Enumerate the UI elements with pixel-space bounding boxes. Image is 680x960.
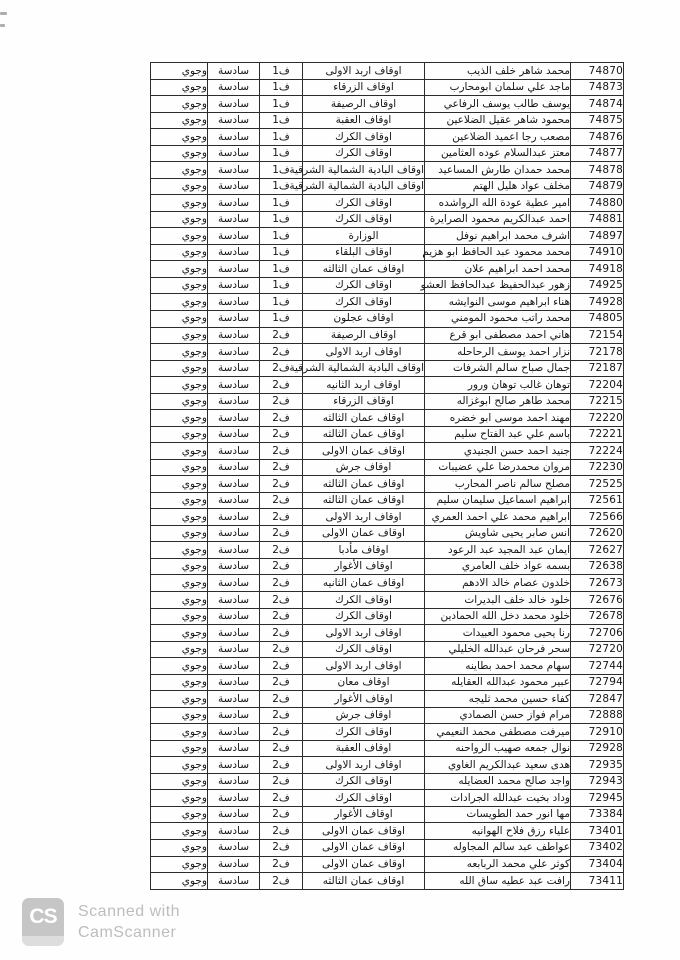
cell-office: اوقاف البلقاء xyxy=(303,244,425,261)
cell-grade: ف1 xyxy=(260,228,303,245)
cell-office: اوقاف عمان الاولى xyxy=(303,823,425,840)
table-row: 72215محمد طاهر صالح ابوغزالهاوقاف الزرقا… xyxy=(151,393,624,410)
cell-name: محمد طاهر صالح ابوغزاله xyxy=(425,393,571,410)
cell-num: 72221 xyxy=(571,426,624,443)
cell-office: اوقاف عمان الثالثه xyxy=(303,426,425,443)
table-row: 74870محمد شاهر خلف الذيباوقاف اربد الاول… xyxy=(151,63,624,80)
cell-office: اوقاف عمان الثانيه xyxy=(303,575,425,592)
cell-office: اوقاف عمان الاولى xyxy=(303,839,425,856)
table-row: 74805محمد راتب محمود المومنياوقاف عجلونف… xyxy=(151,310,624,327)
cell-name: احمد عبدالكريم محمود الصرايرة xyxy=(425,211,571,228)
table-row: 74881احمد عبدالكريم محمود الصرايرةاوقاف … xyxy=(151,211,624,228)
cell-name: كفاء حسين محمد ثليجه xyxy=(425,691,571,708)
cell-name: هناء ابراهيم موسى النوايشه xyxy=(425,294,571,311)
table-row: 72720سحر فرحان عبدالله الخليلياوقاف الكر… xyxy=(151,641,624,658)
results-table: 74870محمد شاهر خلف الذيباوقاف اربد الاول… xyxy=(150,62,624,890)
cell-office: اوقاف عمان الاولى xyxy=(303,525,425,542)
cell-grade: ف2 xyxy=(260,525,303,542)
cell-grade: ف2 xyxy=(260,641,303,658)
cell-num: 72943 xyxy=(571,773,624,790)
cell-name: واجد صالح محمد العضايله xyxy=(425,773,571,790)
cell-rank: سادسة xyxy=(208,558,260,575)
cell-office: اوقاف البادية الشمالية الشرقية xyxy=(303,178,425,195)
cell-name: وداد بخيت عبدالله الجرادات xyxy=(425,790,571,807)
cell-rank: سادسة xyxy=(208,592,260,609)
cell-office: اوقاف جرش xyxy=(303,459,425,476)
cell-name: ابراهيم محمد علي احمد العمري xyxy=(425,509,571,526)
cell-status: وجوي xyxy=(151,773,208,790)
cell-num: 72888 xyxy=(571,707,624,724)
cell-status: وجوي xyxy=(151,525,208,542)
cell-num: 72910 xyxy=(571,724,624,741)
cell-grade: ف2 xyxy=(260,542,303,559)
cell-office: اوقاف الكرك xyxy=(303,790,425,807)
cell-grade: ف2 xyxy=(260,757,303,774)
cell-num: 74875 xyxy=(571,112,624,129)
table-row: 74877معتز عبدالسلام عوده العثاميناوقاف ا… xyxy=(151,145,624,162)
cell-office: اوقاف اربد الثانيه xyxy=(303,377,425,394)
cell-office: اوقاف الكرك xyxy=(303,641,425,658)
cell-rank: سادسة xyxy=(208,806,260,823)
cell-rank: سادسة xyxy=(208,707,260,724)
cell-num: 72638 xyxy=(571,558,624,575)
cell-rank: سادسة xyxy=(208,294,260,311)
watermark-line2: CamScanner xyxy=(78,922,180,943)
cell-num: 72673 xyxy=(571,575,624,592)
cell-status: وجوي xyxy=(151,377,208,394)
cell-rank: سادسة xyxy=(208,377,260,394)
cell-status: وجوي xyxy=(151,63,208,80)
camscanner-logo-bottom-bar xyxy=(22,936,64,946)
cell-num: 74878 xyxy=(571,162,624,179)
cell-num: 72215 xyxy=(571,393,624,410)
cell-name: سحر فرحان عبدالله الخليلي xyxy=(425,641,571,658)
cell-grade: ف2 xyxy=(260,625,303,642)
cell-num: 74879 xyxy=(571,178,624,195)
table-row: 72187جمال صباح سالم الشرفاتاوقاف البادية… xyxy=(151,360,624,377)
cell-status: وجوي xyxy=(151,244,208,261)
cell-status: وجوي xyxy=(151,327,208,344)
cell-num: 72220 xyxy=(571,410,624,427)
cell-rank: سادسة xyxy=(208,509,260,526)
cell-status: وجوي xyxy=(151,856,208,873)
cell-grade: ف2 xyxy=(260,327,303,344)
cell-office: اوقاف الكرك xyxy=(303,211,425,228)
cell-rank: سادسة xyxy=(208,195,260,212)
table-row: 72230مروان محمدرضا علي عضيباتاوقاف جرشف2… xyxy=(151,459,624,476)
cell-num: 74877 xyxy=(571,145,624,162)
cell-office: اوقاف اربد الاولى xyxy=(303,625,425,642)
table-row: 72706رنا يحيى محمود العبيداتاوقاف اربد ا… xyxy=(151,625,624,642)
cell-status: وجوي xyxy=(151,344,208,361)
cell-name: ميرفت مصطفى محمد النعيمي xyxy=(425,724,571,741)
cell-status: وجوي xyxy=(151,393,208,410)
cell-status: وجوي xyxy=(151,162,208,179)
cell-rank: سادسة xyxy=(208,112,260,129)
table-row: 72620انس صابر يحيى شاويشاوقاف عمان الاول… xyxy=(151,525,624,542)
table-row: 72221باسم علي عبد الفتاح سليماوقاف عمان … xyxy=(151,426,624,443)
cell-name: معتز عبدالسلام عوده العثامين xyxy=(425,145,571,162)
cell-rank: سادسة xyxy=(208,178,260,195)
cell-grade: ف1 xyxy=(260,79,303,96)
table-row: 74876مصعب رجا اعميد الضلاعيناوقاف الكركف… xyxy=(151,129,624,146)
cell-status: وجوي xyxy=(151,277,208,294)
cell-rank: سادسة xyxy=(208,277,260,294)
table-row: 72154هاني احمد مصطفى ابو قرعاوقاف الرصيف… xyxy=(151,327,624,344)
cell-num: 74928 xyxy=(571,294,624,311)
cell-grade: ف1 xyxy=(260,96,303,113)
cell-grade: ف1 xyxy=(260,244,303,261)
cell-status: وجوي xyxy=(151,261,208,278)
cell-rank: سادسة xyxy=(208,856,260,873)
cell-name: اشرف محمد ابراهيم نوفل xyxy=(425,228,571,245)
cell-grade: ف2 xyxy=(260,740,303,757)
table-row: 72847كفاء حسين محمد ثليجهاوقاف الأغوارف2… xyxy=(151,691,624,708)
cell-grade: ف2 xyxy=(260,823,303,840)
cell-office: اوقاف عمان الثالثه xyxy=(303,410,425,427)
cell-rank: سادسة xyxy=(208,542,260,559)
table-row: 72888مرام فواز حسن الصمادياوقاف جرشف2ساد… xyxy=(151,707,624,724)
camscanner-logo-icon: CS xyxy=(22,898,64,946)
cell-rank: سادسة xyxy=(208,608,260,625)
cell-office: اوقاف مأدبا xyxy=(303,542,425,559)
cell-num: 73402 xyxy=(571,839,624,856)
cell-status: وجوي xyxy=(151,839,208,856)
cell-name: نوال جمعه صهيب الرواحنه xyxy=(425,740,571,757)
cell-rank: سادسة xyxy=(208,525,260,542)
cell-status: وجوي xyxy=(151,410,208,427)
cell-name: رافت عبد عطيه ساق الله xyxy=(425,873,571,890)
cell-status: وجوي xyxy=(151,658,208,675)
cell-office: اوقاف الزرقاء xyxy=(303,79,425,96)
table-row: 72525مصلح سالم ناصر المحارباوقاف عمان ال… xyxy=(151,476,624,493)
cell-num: 72561 xyxy=(571,492,624,509)
cell-rank: سادسة xyxy=(208,459,260,476)
cell-status: وجوي xyxy=(151,145,208,162)
cell-name: ابراهيم اسماعيل سليمان سليم xyxy=(425,492,571,509)
cell-office: اوقاف الكرك xyxy=(303,129,425,146)
cell-num: 72627 xyxy=(571,542,624,559)
table-row: 72935هدى سعيد عبدالكريم الغاوياوقاف اربد… xyxy=(151,757,624,774)
cell-name: مهند احمد موسى ابو خضره xyxy=(425,410,571,427)
cell-num: 73404 xyxy=(571,856,624,873)
cell-name: مها انور حمد الطويسات xyxy=(425,806,571,823)
cell-grade: ف2 xyxy=(260,443,303,460)
cell-grade: ف2 xyxy=(260,691,303,708)
cell-status: وجوي xyxy=(151,360,208,377)
cell-num: 72678 xyxy=(571,608,624,625)
cell-name: باسم علي عبد الفتاح سليم xyxy=(425,426,571,443)
table-row: 72945وداد بخيت عبدالله الجراداتاوقاف الك… xyxy=(151,790,624,807)
cell-status: وجوي xyxy=(151,129,208,146)
cell-name: خلود خالد خلف البديرات xyxy=(425,592,571,609)
cell-rank: سادسة xyxy=(208,410,260,427)
cell-num: 72676 xyxy=(571,592,624,609)
cell-grade: ف2 xyxy=(260,674,303,691)
scan-artifact xyxy=(0,12,7,15)
cell-grade: ف1 xyxy=(260,112,303,129)
cell-status: وجوي xyxy=(151,575,208,592)
cell-num: 74910 xyxy=(571,244,624,261)
cell-status: وجوي xyxy=(151,294,208,311)
cell-name: خلود محمد دخل الله الحمادين xyxy=(425,608,571,625)
table-row: 74875محمود شاهر عقيل الضلاعيناوقاف العقب… xyxy=(151,112,624,129)
cell-num: 74880 xyxy=(571,195,624,212)
cell-grade: ف2 xyxy=(260,707,303,724)
cell-office: اوقاف اربد الاولى xyxy=(303,658,425,675)
cell-rank: سادسة xyxy=(208,393,260,410)
table-row: 72638بسمه عواد خلف العامرياوقاف الأغوارف… xyxy=(151,558,624,575)
cell-status: وجوي xyxy=(151,195,208,212)
table-row: 74874يوسف طالب يوسف الرفاعياوقاف الرصيفة… xyxy=(151,96,624,113)
cell-num: 74870 xyxy=(571,63,624,80)
cell-grade: ف1 xyxy=(260,129,303,146)
cell-grade: ف2 xyxy=(260,592,303,609)
cell-grade: ف1 xyxy=(260,145,303,162)
cell-name: محمد احمد ابراهيم علان xyxy=(425,261,571,278)
cell-num: 72935 xyxy=(571,757,624,774)
cell-name: يوسف طالب يوسف الرفاعي xyxy=(425,96,571,113)
cell-rank: سادسة xyxy=(208,674,260,691)
cell-status: وجوي xyxy=(151,509,208,526)
cell-name: عبير محمود عبدالله العقايله xyxy=(425,674,571,691)
cell-grade: ف2 xyxy=(260,873,303,890)
cell-num: 72566 xyxy=(571,509,624,526)
cell-office: اوقاف الكرك xyxy=(303,608,425,625)
cell-num: 72945 xyxy=(571,790,624,807)
cell-rank: سادسة xyxy=(208,327,260,344)
cell-rank: سادسة xyxy=(208,476,260,493)
cell-num: 74805 xyxy=(571,310,624,327)
table-row: 74879مخلف عواد هليل الهتماوقاف البادية ا… xyxy=(151,178,624,195)
cell-rank: سادسة xyxy=(208,443,260,460)
cell-grade: ف2 xyxy=(260,344,303,361)
cell-grade: ف2 xyxy=(260,492,303,509)
cell-status: وجوي xyxy=(151,310,208,327)
table-row: 72627ايمان عبد المجيد عبد الرعوداوقاف مأ… xyxy=(151,542,624,559)
cell-rank: سادسة xyxy=(208,658,260,675)
cell-status: وجوي xyxy=(151,740,208,757)
cell-num: 72154 xyxy=(571,327,624,344)
cell-num: 72847 xyxy=(571,691,624,708)
table-row: 72673خلدون عصام خالد الادهماوقاف عمان ال… xyxy=(151,575,624,592)
cell-rank: سادسة xyxy=(208,360,260,377)
watermark-text: Scanned with CamScanner xyxy=(78,898,180,943)
cell-rank: سادسة xyxy=(208,575,260,592)
table-row: 72220مهند احمد موسى ابو خضرهاوقاف عمان ا… xyxy=(151,410,624,427)
cell-name: امير عطية عودة الله الرواشده xyxy=(425,195,571,212)
cell-num: 72178 xyxy=(571,344,624,361)
cell-rank: سادسة xyxy=(208,625,260,642)
cell-rank: سادسة xyxy=(208,724,260,741)
cell-rank: سادسة xyxy=(208,873,260,890)
cell-office: اوقاف عمان الثالثه xyxy=(303,261,425,278)
cell-office: اوقاف عمان الاولى xyxy=(303,856,425,873)
table-row: 74897اشرف محمد ابراهيم نوفلالوزارةف1سادس… xyxy=(151,228,624,245)
cell-status: وجوي xyxy=(151,790,208,807)
table-row: 72943واجد صالح محمد العضايلهاوقاف الكركف… xyxy=(151,773,624,790)
cell-name: مرام فواز حسن الصمادي xyxy=(425,707,571,724)
cell-name: ايمان عبد المجيد عبد الرعود xyxy=(425,542,571,559)
cell-num: 72230 xyxy=(571,459,624,476)
cell-name: هدى سعيد عبدالكريم الغاوي xyxy=(425,757,571,774)
scanned-page: 74870محمد شاهر خلف الذيباوقاف اربد الاول… xyxy=(0,0,680,960)
cell-status: وجوي xyxy=(151,592,208,609)
cell-grade: ف2 xyxy=(260,856,303,873)
cell-name: محمد حمدان طارش المساعيد xyxy=(425,162,571,179)
cell-num: 72525 xyxy=(571,476,624,493)
cell-office: اوقاف الكرك xyxy=(303,195,425,212)
cell-office: اوقاف عمان الثالثه xyxy=(303,476,425,493)
cell-office: اوقاف عجلون xyxy=(303,310,425,327)
cell-grade: ف1 xyxy=(260,294,303,311)
cell-office: اوقاف جرش xyxy=(303,707,425,724)
cell-num: 74918 xyxy=(571,261,624,278)
cell-status: وجوي xyxy=(151,641,208,658)
cell-office: اوقاف عمان الثالثه xyxy=(303,492,425,509)
cell-rank: سادسة xyxy=(208,145,260,162)
cell-office: اوقاف اربد الاولى xyxy=(303,509,425,526)
cell-office: اوقاف الأغوار xyxy=(303,558,425,575)
cell-office: اوقاف الأغوار xyxy=(303,806,425,823)
table-row: 72224جنيد احمد حسن الجنيدياوقاف عمان الا… xyxy=(151,443,624,460)
cell-rank: سادسة xyxy=(208,691,260,708)
cell-office: اوقاف البادية الشمالية الشرقية xyxy=(303,360,425,377)
cell-name: مصعب رجا اعميد الضلاعين xyxy=(425,129,571,146)
cell-rank: سادسة xyxy=(208,261,260,278)
cell-num: 72794 xyxy=(571,674,624,691)
cell-office: اوقاف الكرك xyxy=(303,592,425,609)
results-table-body: 74870محمد شاهر خلف الذيباوقاف اربد الاول… xyxy=(151,63,624,890)
cell-status: وجوي xyxy=(151,178,208,195)
cell-rank: سادسة xyxy=(208,162,260,179)
watermark-line1: Scanned with xyxy=(78,901,180,922)
cell-office: اوقاف معان xyxy=(303,674,425,691)
cell-name: انس صابر يحيى شاويش xyxy=(425,525,571,542)
cell-num: 72744 xyxy=(571,658,624,675)
cell-status: وجوي xyxy=(151,476,208,493)
table-row: 74918محمد احمد ابراهيم علاناوقاف عمان ال… xyxy=(151,261,624,278)
camscanner-logo-letters: CS xyxy=(22,898,64,936)
cell-office: اوقاف العقبة xyxy=(303,112,425,129)
cell-grade: ف1 xyxy=(260,277,303,294)
cell-num: 73401 xyxy=(571,823,624,840)
cell-rank: سادسة xyxy=(208,96,260,113)
cell-status: وجوي xyxy=(151,691,208,708)
cell-name: سهام محمد احمد بطاينه xyxy=(425,658,571,675)
cell-rank: سادسة xyxy=(208,773,260,790)
cell-rank: سادسة xyxy=(208,823,260,840)
cell-grade: ف2 xyxy=(260,459,303,476)
cell-status: وجوي xyxy=(151,459,208,476)
cell-grade: ف1 xyxy=(260,211,303,228)
cell-num: 73384 xyxy=(571,806,624,823)
cell-name: نزار احمد يوسف الرحاحله xyxy=(425,344,571,361)
table-row: 72910ميرفت مصطفى محمد النعيمياوقاف الكرك… xyxy=(151,724,624,741)
cell-name: هاني احمد مصطفى ابو قرع xyxy=(425,327,571,344)
cell-num: 72187 xyxy=(571,360,624,377)
cell-status: وجوي xyxy=(151,542,208,559)
cell-office: اوقاف اربد الاولى xyxy=(303,757,425,774)
cell-grade: ف1 xyxy=(260,310,303,327)
cell-grade: ف2 xyxy=(260,476,303,493)
table-row: 72928نوال جمعه صهيب الرواحنهاوقاف العقبة… xyxy=(151,740,624,757)
cell-name: جمال صباح سالم الشرفات xyxy=(425,360,571,377)
table-row: 72178نزار احمد يوسف الرحاحلهاوقاف اربد ا… xyxy=(151,344,624,361)
cell-name: محمد راتب محمود المومني xyxy=(425,310,571,327)
cell-status: وجوي xyxy=(151,757,208,774)
cell-name: محمود شاهر عقيل الضلاعين xyxy=(425,112,571,129)
table-row: 73401علياء رزق فلاح الهوانيهاوقاف عمان ا… xyxy=(151,823,624,840)
cell-office: اوقاف الكرك xyxy=(303,724,425,741)
cell-rank: سادسة xyxy=(208,839,260,856)
cell-grade: ف2 xyxy=(260,558,303,575)
cell-num: 74897 xyxy=(571,228,624,245)
cell-name: بسمه عواد خلف العامري xyxy=(425,558,571,575)
cell-status: وجوي xyxy=(151,674,208,691)
cell-office: اوقاف الرصيفة xyxy=(303,327,425,344)
cell-grade: ف1 xyxy=(260,63,303,80)
cell-office: اوقاف الكرك xyxy=(303,773,425,790)
cell-rank: سادسة xyxy=(208,492,260,509)
table-row: 74880امير عطية عودة الله الرواشدهاوقاف ا… xyxy=(151,195,624,212)
cell-office: اوقاف عمان الاولى xyxy=(303,443,425,460)
cell-rank: سادسة xyxy=(208,79,260,96)
table-row: 72561ابراهيم اسماعيل سليمان سليماوقاف عم… xyxy=(151,492,624,509)
cell-name: محمد محمود عبد الحافظ ابو هزيم xyxy=(425,244,571,261)
cell-num: 72928 xyxy=(571,740,624,757)
cell-rank: سادسة xyxy=(208,244,260,261)
cell-status: وجوي xyxy=(151,79,208,96)
cell-rank: سادسة xyxy=(208,63,260,80)
cell-num: 72620 xyxy=(571,525,624,542)
cell-grade: ف2 xyxy=(260,773,303,790)
cell-rank: سادسة xyxy=(208,310,260,327)
cell-name: مخلف عواد هليل الهتم xyxy=(425,178,571,195)
cell-name: كوثر علي محمد الربابعه xyxy=(425,856,571,873)
table-row: 73404كوثر علي محمد الربابعهاوقاف عمان ال… xyxy=(151,856,624,873)
cell-grade: ف2 xyxy=(260,790,303,807)
cell-status: وجوي xyxy=(151,707,208,724)
cell-grade: ف2 xyxy=(260,509,303,526)
table-row: 74910محمد محمود عبد الحافظ ابو هزيماوقاف… xyxy=(151,244,624,261)
table-row: 73402عواطف عبد سالم المجاولهاوقاف عمان ا… xyxy=(151,839,624,856)
table-row: 72744سهام محمد احمد بطاينهاوقاف اربد الا… xyxy=(151,658,624,675)
cell-num: 74873 xyxy=(571,79,624,96)
cell-name: خلدون عصام خالد الادهم xyxy=(425,575,571,592)
cell-rank: سادسة xyxy=(208,211,260,228)
cell-office: اوقاف الكرك xyxy=(303,294,425,311)
cell-name: مروان محمدرضا علي عضيبات xyxy=(425,459,571,476)
cell-num: 74876 xyxy=(571,129,624,146)
cell-name: مصلح سالم ناصر المحارب xyxy=(425,476,571,493)
cell-num: 72706 xyxy=(571,625,624,642)
table-row: 74878محمد حمدان طارش المساعيداوقاف الباد… xyxy=(151,162,624,179)
cell-office: اوقاف الكرك xyxy=(303,145,425,162)
cell-grade: ف2 xyxy=(260,393,303,410)
table-row: 72676خلود خالد خلف البديراتاوقاف الكركف2… xyxy=(151,592,624,609)
cell-num: 72224 xyxy=(571,443,624,460)
cell-status: وجوي xyxy=(151,228,208,245)
cell-status: وجوي xyxy=(151,625,208,642)
cell-grade: ف2 xyxy=(260,426,303,443)
cell-status: وجوي xyxy=(151,823,208,840)
cell-grade: ف2 xyxy=(260,410,303,427)
cell-status: وجوي xyxy=(151,492,208,509)
cell-status: وجوي xyxy=(151,558,208,575)
cell-grade: ف1 xyxy=(260,195,303,212)
cell-office: اوقاف اربد الاولى xyxy=(303,63,425,80)
